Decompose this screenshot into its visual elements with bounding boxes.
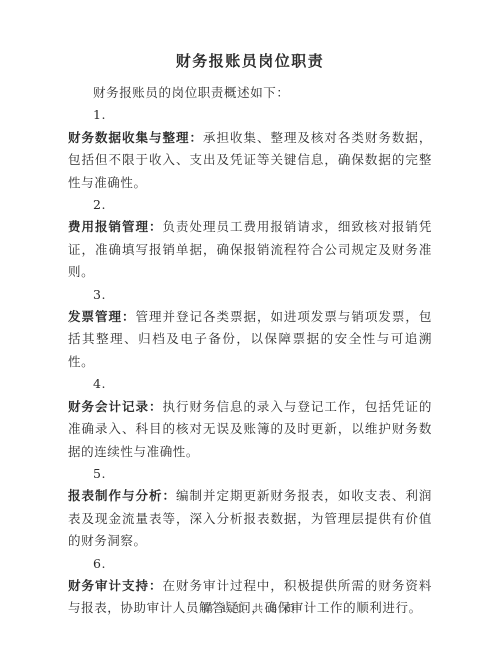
document-page: 财务报账员岗位职责 财务报账员的岗位职责概述如下： 1. 财务数据收集与整理：承…	[0, 0, 500, 647]
item-paragraph: 报表制作与分析：编制并定期更新财务报表，如收支表、利润表及现金流量表等，深入分析…	[68, 485, 432, 552]
item-heading: 费用报销管理：	[68, 219, 162, 234]
item-heading: 发票管理：	[68, 309, 135, 324]
item-paragraph: 财务数据收集与整理：承担收集、整理及核对各类财务数据，包括但不限于收入、支出及凭…	[68, 127, 432, 194]
item-paragraph: 发票管理：管理并登记各类票据，如进项发票与销项发票，包括其整理、归档及电子备份，…	[68, 306, 432, 373]
item-number: 4.	[68, 373, 432, 395]
item-number: 5.	[68, 463, 432, 485]
item-heading: 财务审计支持：	[68, 578, 162, 593]
item-heading: 报表制作与分析：	[68, 488, 176, 503]
item-heading: 财务会计记录：	[68, 399, 162, 414]
item-number: 1.	[68, 104, 432, 126]
page-number-footer: 第 1 页 共 5 页	[0, 601, 500, 616]
item-heading: 财务数据收集与整理：	[68, 130, 203, 145]
item-paragraph: 财务会计记录：执行财务信息的录入与登记工作，包括凭证的准确录入、科目的核对无误及…	[68, 396, 432, 463]
intro-paragraph: 财务报账员的岗位职责概述如下：	[68, 82, 432, 104]
item-number: 2.	[68, 194, 432, 216]
item-number: 3.	[68, 284, 432, 306]
item-number: 6.	[68, 553, 432, 575]
document-title: 财务报账员岗位职责	[68, 50, 432, 72]
item-paragraph: 费用报销管理：负责处理员工费用报销请求，细致核对报销凭证，准确填写报销单据，确保…	[68, 216, 432, 283]
